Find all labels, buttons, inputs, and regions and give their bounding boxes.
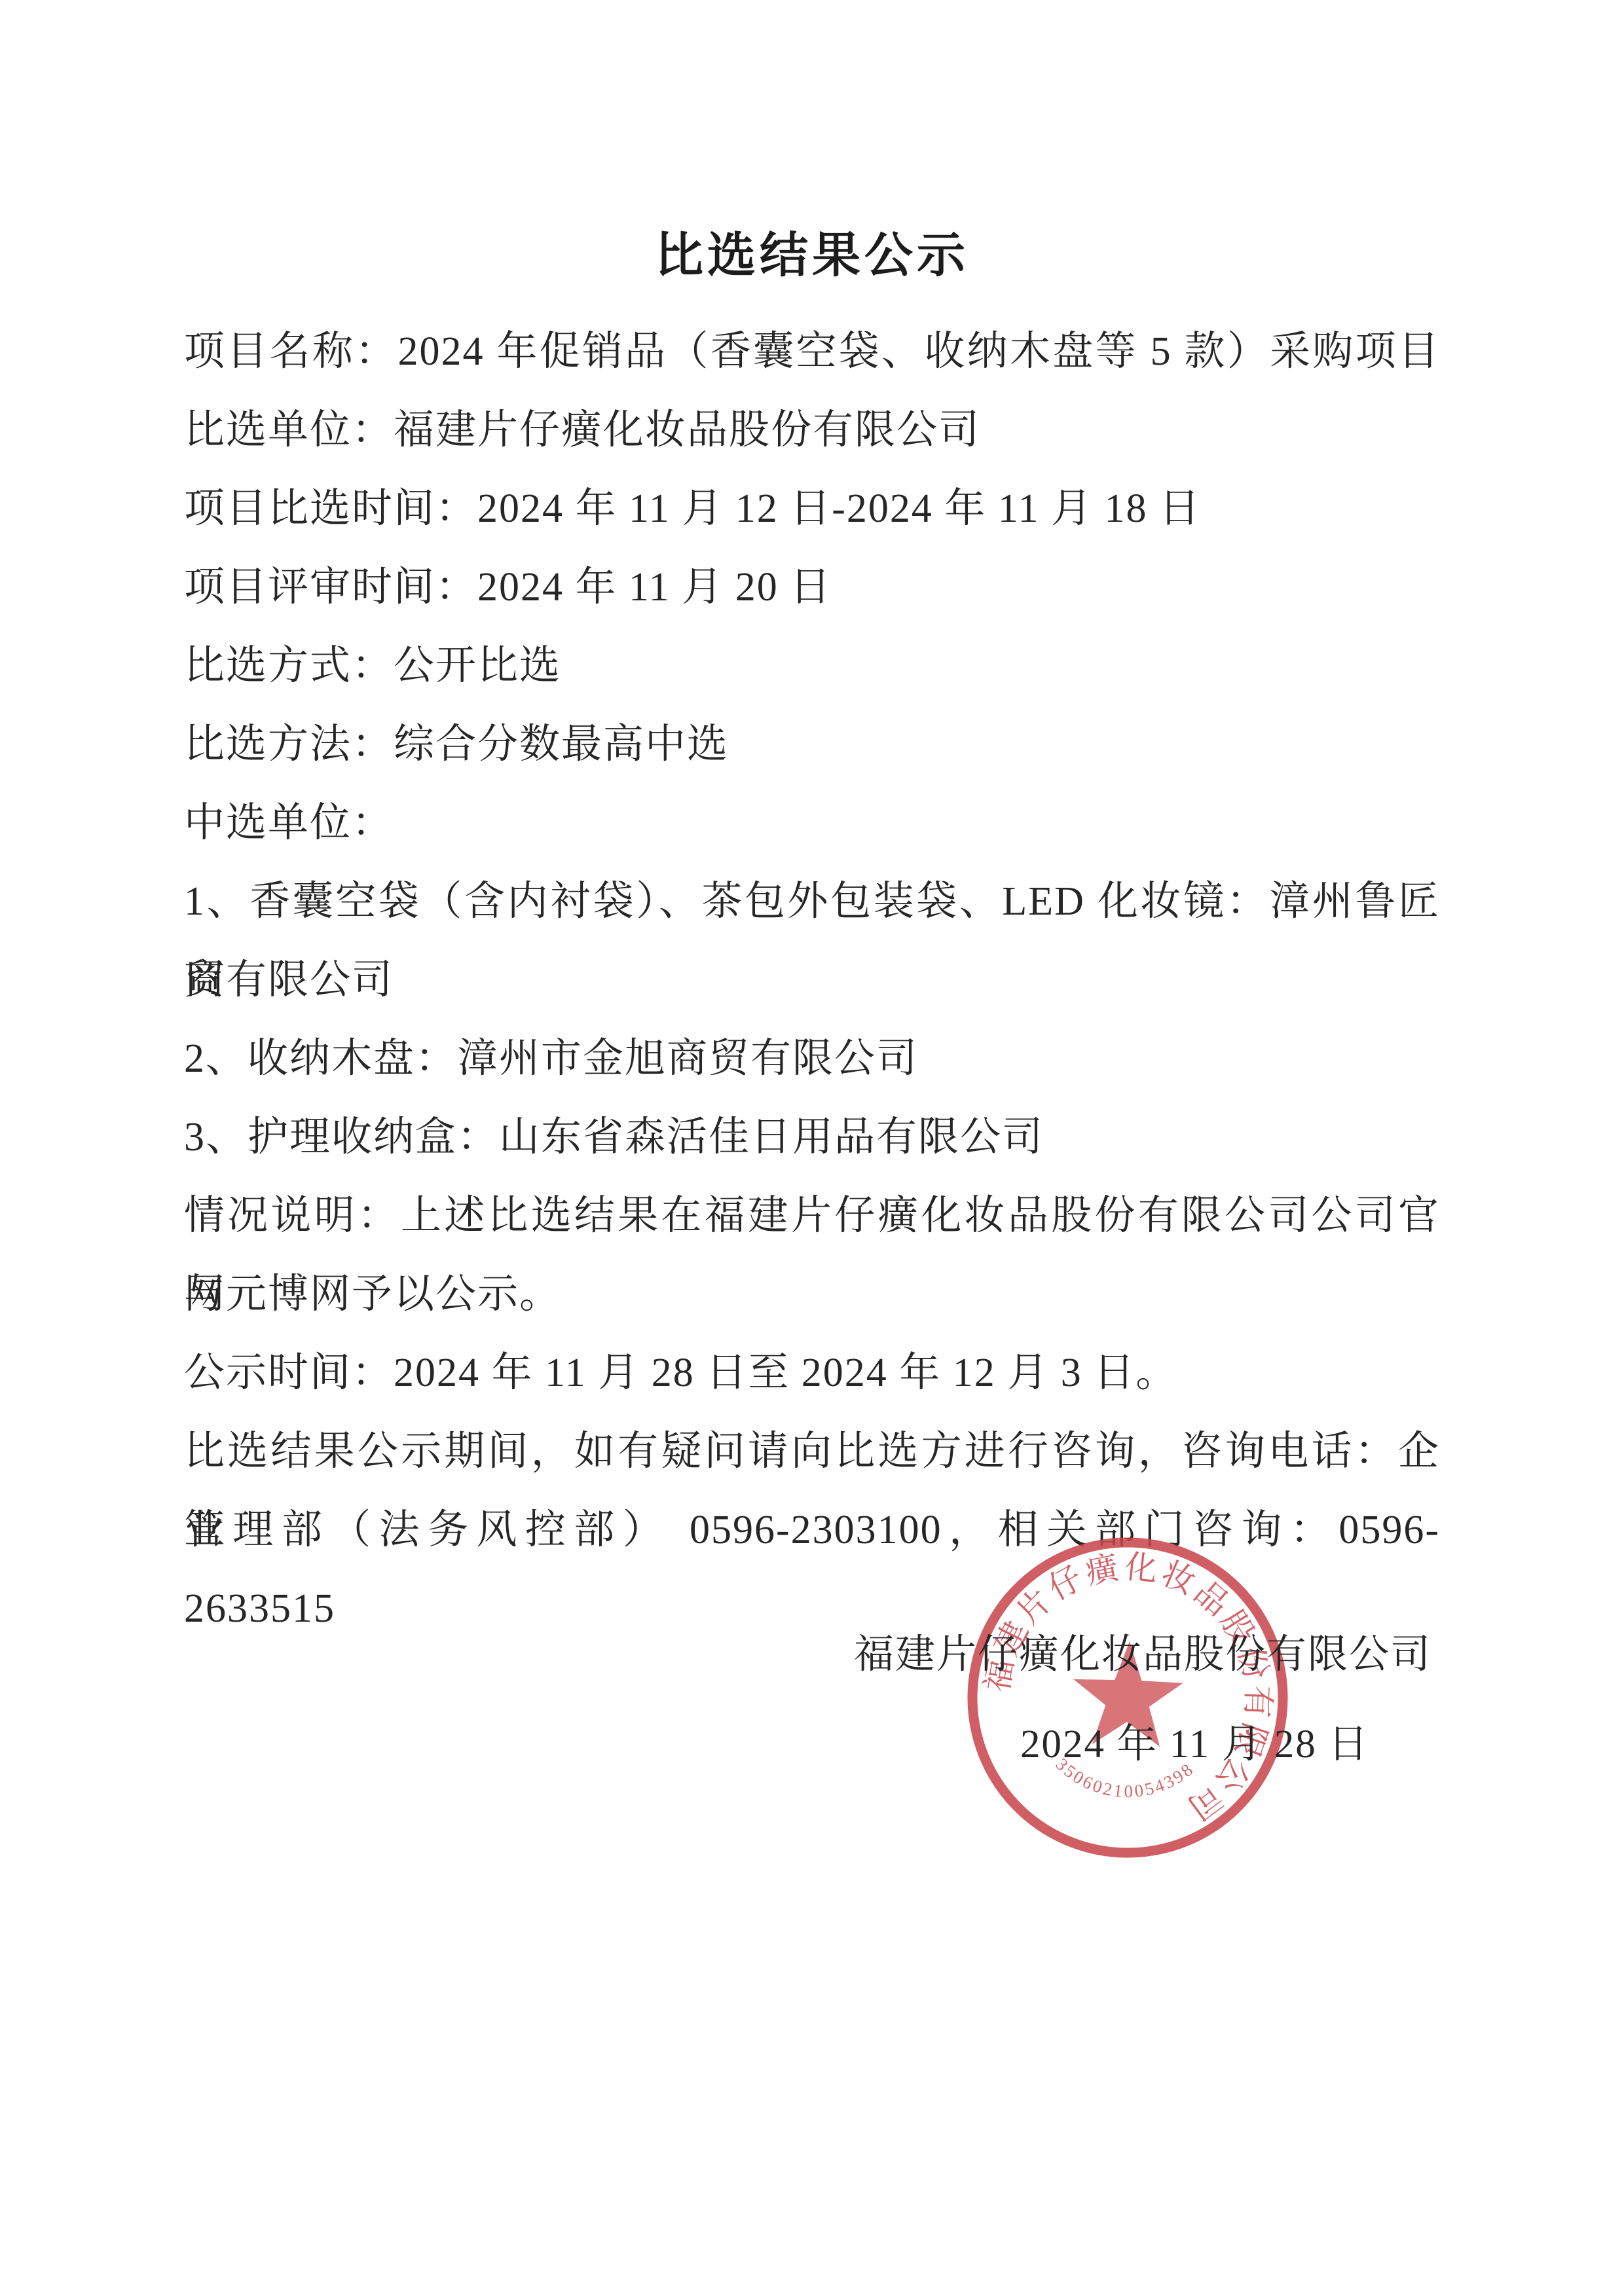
body-line: 贸有限公司: [184, 941, 1440, 1019]
body-line: 比选方法：综合分数最高中选: [184, 705, 1440, 784]
signature-company-name: 福建片仔癀化妆品股份有限公司: [184, 1617, 1439, 1692]
seal-graphic: 福建片仔癀化妆品股份有限公司 35060210054398: [951, 1522, 1304, 1874]
body-line: 项目评审时间：2024 年 11 月 20 日: [184, 548, 1440, 627]
body-line: 中选单位：: [184, 784, 1440, 862]
body-line: 与元博网予以公示。: [184, 1255, 1440, 1334]
body-line: 2、收纳木盘：漳州市金旭商贸有限公司: [184, 1019, 1440, 1098]
body-line: 3、护理收纳盒：山东省森活佳日用品有限公司: [184, 1098, 1440, 1176]
body-line: 比选结果公示期间，如有疑问请向比选方进行咨询，咨询电话：企业: [184, 1412, 1440, 1491]
body-line: 比选单位：福建片仔癀化妆品股份有限公司: [184, 391, 1440, 469]
body-line: 1、香囊空袋（含内衬袋）、茶包外包装袋、LED 化妆镜：漳州鲁匠商: [184, 862, 1440, 941]
body-line: 项目名称：2024 年促销品（香囊空袋、收纳木盘等 5 款）采购项目: [184, 312, 1440, 391]
document-page: 比选结果公示 项目名称：2024 年促销品（香囊空袋、收纳木盘等 5 款）采购项…: [0, 0, 1624, 2296]
signature-date: 2024 年 11 月 28 日: [184, 1705, 1439, 1784]
body-line: 项目比选时间：2024 年 11 月 12 日-2024 年 11 月 18 日: [184, 469, 1440, 548]
document-title: 比选结果公示: [0, 227, 1624, 285]
document-body: 项目名称：2024 年促销品（香囊空袋、收纳木盘等 5 款）采购项目比选单位：福…: [184, 312, 1440, 1569]
body-line: 公示时间：2024 年 11 月 28 日至 2024 年 12 月 3 日。: [184, 1334, 1440, 1412]
body-line: 情况说明：上述比选结果在福建片仔癀化妆品股份有限公司公司官网: [184, 1176, 1440, 1255]
body-line: 比选方式：公开比选: [184, 627, 1440, 705]
company-seal-stamp: 福建片仔癀化妆品股份有限公司 35060210054398: [951, 1522, 1304, 1874]
